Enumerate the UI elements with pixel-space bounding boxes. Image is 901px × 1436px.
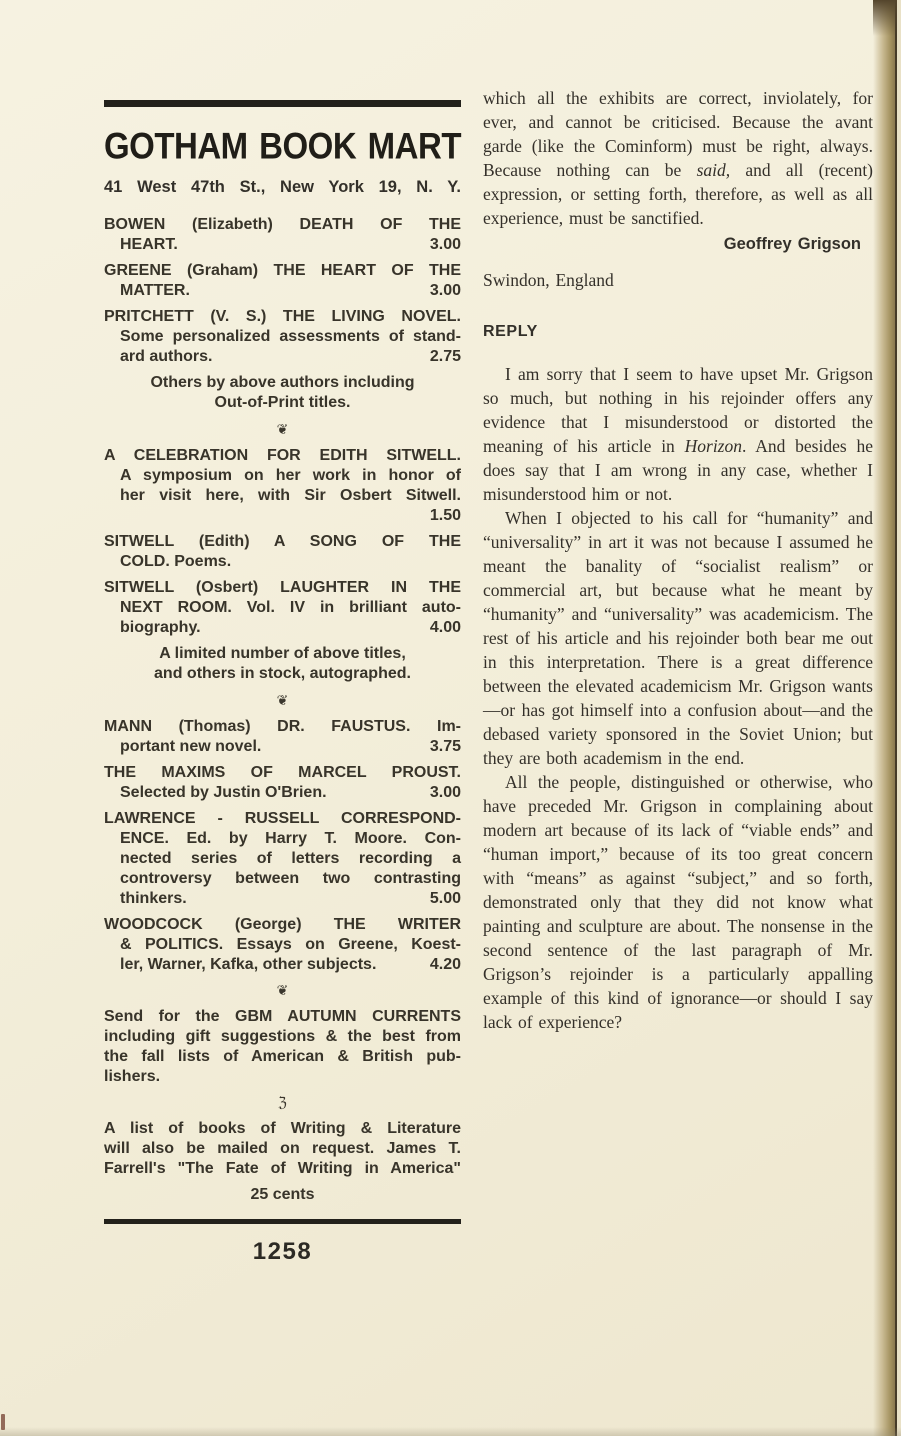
ad-note: 25 cents: [104, 1185, 461, 1205]
page-edge-shadow: [873, 0, 895, 1436]
reply-heading: REPLY: [483, 320, 873, 344]
ad-entry-text: Selected by Justin O'Brien.: [120, 783, 327, 803]
ad-entry-line: controversy between two contrasting: [104, 869, 461, 889]
ad-book-entry: GREENE (Graham) THE HEART OF THEMATTER.3…: [104, 261, 461, 301]
ad-title: GOTHAM BOOK MART: [104, 127, 461, 165]
ad-book-entry: A CELEBRATION FOR EDITH SITWELL.A sympos…: [104, 446, 461, 526]
ad-entry-line: 1.50: [104, 506, 461, 526]
ad-book-entry: SITWELL (Osbert) LAUGHTER IN THENEXT ROO…: [104, 578, 461, 638]
ad-book-entry: WOODCOCK (George) THE WRITER& POLITICS. …: [104, 915, 461, 975]
scan-fleck: [1, 1414, 5, 1430]
location-line: Swindon, England: [483, 268, 873, 292]
ad-entry-line: A list of books of Writing & Literature: [104, 1119, 461, 1139]
ad-note-line: A limited number of above titles,: [104, 644, 461, 664]
ad-note: Others by above authors includingOut-of-…: [104, 373, 461, 413]
ad-entry-line: will also be mailed on request. James T.: [104, 1139, 461, 1159]
signature: Geoffrey Grigson: [483, 232, 873, 256]
ad-entry-text: MATTER.: [120, 281, 190, 301]
page-bottom-shadow: [0, 1427, 901, 1436]
ad-entry-line: ENCE. Ed. by Harry T. Moore. Con-: [104, 829, 461, 849]
ad-entry-line: SITWELL (Osbert) LAUGHTER IN THE: [104, 578, 461, 598]
page-edge-corner: [873, 0, 897, 36]
ad-entry-line: Farrell's "The Fate of Writing in Americ…: [104, 1159, 461, 1179]
ad-entry-line: Selected by Justin O'Brien.3.00: [104, 783, 461, 803]
ad-entry-text: ler, Warner, Kafka, other subjects.: [120, 955, 376, 975]
article-paragraph: I am sorry that I seem to have upset Mr.…: [483, 362, 873, 506]
ad-entry-line: BOWEN (Elizabeth) DEATH OF THE: [104, 215, 461, 235]
ad-entry-line: WOODCOCK (George) THE WRITER: [104, 915, 461, 935]
ad-entry-line: & POLITICS. Essays on Greene, Koest-: [104, 935, 461, 955]
ad-entry-line: SITWELL (Edith) A SONG OF THE: [104, 532, 461, 552]
article-text: Horizon: [685, 436, 742, 456]
article-paragraph: which all the exhibits are correct, invi…: [483, 86, 873, 230]
ad-entry-line: her visit here, with Sir Osbert Sitwell.: [104, 486, 461, 506]
ad-book-entry: LAWRENCE - RUSSELL CORRESPOND-ENCE. Ed. …: [104, 809, 461, 909]
ad-note-line: 25 cents: [104, 1185, 461, 1205]
ad-entry-line: the fall lists of American & British pub…: [104, 1047, 461, 1067]
ad-entry-line: PRITCHETT (V. S.) THE LIVING NOVEL.: [104, 307, 461, 327]
book-price: 4.20: [430, 955, 461, 975]
article-paragraph: All the people, distinguished or otherwi…: [483, 770, 873, 1034]
page-number: 1258: [104, 1242, 461, 1262]
ad-blocks: BOWEN (Elizabeth) DEATH OF THEHEART.3.00…: [104, 215, 461, 1205]
ad-paragraph: A list of books of Writing & Literaturew…: [104, 1119, 461, 1179]
ad-entry-line: COLD. Poems.: [104, 552, 461, 572]
ad-book-entry: THE MAXIMS OF MARCEL PROUST.Selected by …: [104, 763, 461, 803]
ad-entry-text: ard authors.: [120, 347, 212, 367]
ad-note-line: Others by above authors including: [104, 373, 461, 393]
ad-note: A limited number of above titles,and oth…: [104, 644, 461, 684]
ad-entry-line: MATTER.3.00: [104, 281, 461, 301]
book-price: 5.00: [430, 889, 461, 909]
page-edge-outer: [897, 0, 901, 1436]
ad-entry-line: Some personalized assessments of stand-: [104, 327, 461, 347]
book-price: 1.50: [430, 506, 461, 526]
ad-book-entry: MANN (Thomas) DR. FAUSTUS. Im-portant ne…: [104, 717, 461, 757]
ad-entry-text: thinkers.: [120, 889, 187, 909]
ad-entry-line: HEART.3.00: [104, 235, 461, 255]
book-price: 3.00: [430, 235, 461, 255]
ad-entry-line: A CELEBRATION FOR EDITH SITWELL.: [104, 446, 461, 466]
ad-entry-line: including gift suggestions & the best fr…: [104, 1027, 461, 1047]
ad-entry-line: lishers.: [104, 1067, 461, 1087]
ad-entry-text: biography.: [120, 618, 201, 638]
ad-address: 41 West 47th St., New York 19, N. Y.: [104, 177, 461, 197]
ad-top-rule: [104, 100, 461, 107]
ad-entry-line: thinkers.5.00: [104, 889, 461, 909]
ad-entry-line: portant new novel.3.75: [104, 737, 461, 757]
ad-note-line: Out-of-Print titles.: [104, 393, 461, 413]
magazine-page: GOTHAM BOOK MART 41 West 47th St., New Y…: [0, 0, 901, 1436]
ad-entry-text: HEART.: [120, 235, 178, 255]
book-price: 3.00: [430, 281, 461, 301]
section-ornament-icon: ❦: [104, 693, 461, 707]
gotham-book-mart-ad: GOTHAM BOOK MART 41 West 47th St., New Y…: [104, 100, 461, 1262]
ad-entry-line: nected series of letters recording a: [104, 849, 461, 869]
article-paragraph: When I objected to his call for “humanit…: [483, 506, 873, 770]
ad-book-entry: SITWELL (Edith) A SONG OF THECOLD. Poems…: [104, 532, 461, 572]
ad-entry-line: ler, Warner, Kafka, other subjects.4.20: [104, 955, 461, 975]
ad-book-entry: PRITCHETT (V. S.) THE LIVING NOVEL.Some …: [104, 307, 461, 367]
article-column: which all the exhibits are correct, invi…: [483, 86, 873, 1034]
section-ornament-icon: ℨ: [104, 1095, 461, 1109]
ad-entry-line: NEXT ROOM. Vol. IV in brilliant auto-: [104, 598, 461, 618]
article-text: When I objected to his call for “humanit…: [483, 508, 873, 768]
book-price: 3.00: [430, 783, 461, 803]
ad-entry-line: Send for the GBM AUTUMN CURRENTS: [104, 1007, 461, 1027]
ad-entry-line: THE MAXIMS OF MARCEL PROUST.: [104, 763, 461, 783]
ad-entry-text: portant new novel.: [120, 737, 261, 757]
ad-entry-line: GREENE (Graham) THE HEART OF THE: [104, 261, 461, 281]
ad-entry-line: ard authors.2.75: [104, 347, 461, 367]
ad-entry-line: A symposium on her work in honor of: [104, 466, 461, 486]
ad-entry-line: biography.4.00: [104, 618, 461, 638]
section-ornament-icon: ❦: [104, 983, 461, 997]
book-price: 3.75: [430, 737, 461, 757]
ad-entry-line: LAWRENCE - RUSSELL CORRESPOND-: [104, 809, 461, 829]
book-price: 2.75: [430, 347, 461, 367]
book-price: 4.00: [430, 618, 461, 638]
ad-paragraph: Send for the GBM AUTUMN CURRENTSincludin…: [104, 1007, 461, 1087]
ad-note-line: and others in stock, autographed.: [104, 664, 461, 684]
ad-bottom-rule: [104, 1219, 461, 1224]
article-text: said,: [697, 160, 731, 180]
ad-entry-line: MANN (Thomas) DR. FAUSTUS. Im-: [104, 717, 461, 737]
ad-book-entry: BOWEN (Elizabeth) DEATH OF THEHEART.3.00: [104, 215, 461, 255]
section-ornament-icon: ❦: [104, 422, 461, 436]
article-text: All the people, distinguished or otherwi…: [483, 772, 873, 1032]
